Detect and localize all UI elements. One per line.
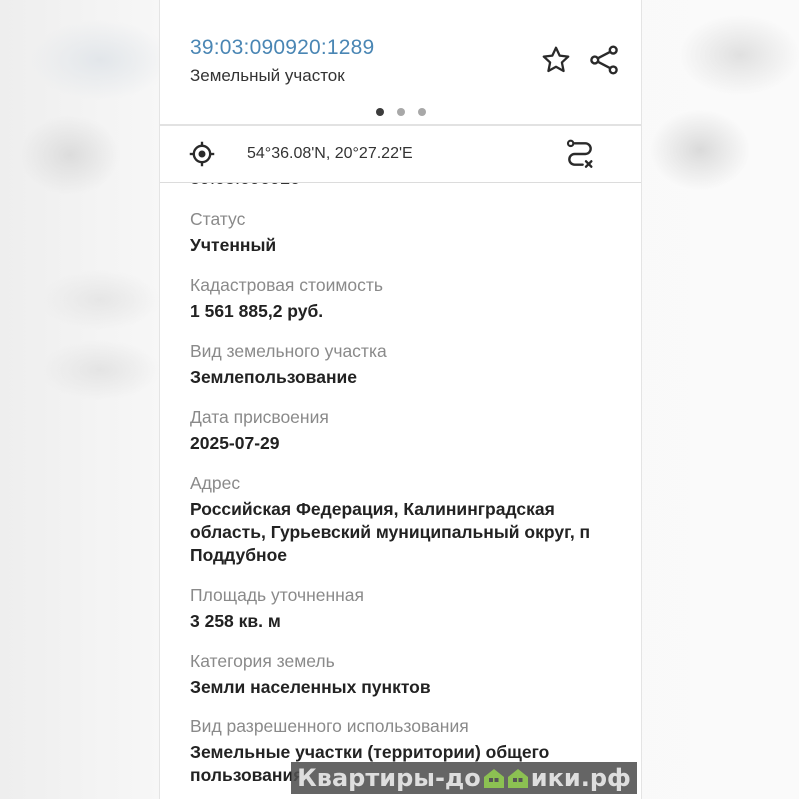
site-watermark: Квартиры-до ики.рф (291, 762, 637, 794)
field-label: Адрес (190, 472, 610, 494)
field-land-type: Вид земельного участка Землепользование (190, 340, 610, 389)
coordinates-bar: 54°36.08'N, 20°27.22'E (160, 124, 641, 183)
crosshair-location-icon[interactable] (188, 140, 216, 168)
field-address: Адрес Российская Федерация, Калининградс… (190, 472, 610, 567)
watermark-houses (482, 766, 530, 790)
route-clear-icon[interactable] (564, 138, 596, 170)
coordinates-text[interactable]: 54°36.08'N, 20°27.22'E (247, 145, 413, 163)
field-value: 1 561 885,2 руб. (190, 300, 610, 323)
field-label: Кадастровая стоимость (190, 274, 610, 296)
field-label: Дата присвоения (190, 406, 610, 428)
house-icon (506, 766, 530, 790)
star-outline-icon (540, 44, 572, 76)
field-value: Земли населенных пунктов (190, 676, 610, 699)
card-header: 39:03:090920:1289 Земельный участок (160, 0, 641, 124)
field-cadastral-value: Кадастровая стоимость 1 561 885,2 руб. (190, 274, 610, 323)
page-dot-3[interactable] (418, 108, 426, 116)
page-indicator[interactable] (160, 108, 641, 116)
property-card: 39:03:090920 Статус Учтенный Кадастровая… (159, 0, 642, 799)
share-icon (587, 43, 621, 77)
field-value: Землепользование (190, 366, 610, 389)
page-dot-1[interactable] (376, 108, 384, 116)
cadastral-number[interactable]: 39:03:090920:1289 (190, 36, 374, 60)
field-label: Вид земельного участка (190, 340, 610, 362)
field-area: Площадь уточненная 3 258 кв. м (190, 584, 610, 633)
field-land-category: Категория земель Земли населенных пункто… (190, 650, 610, 699)
field-assignment-date: Дата присвоения 2025-07-29 (190, 406, 610, 455)
field-value: 2025-07-29 (190, 432, 610, 455)
field-label: Вид разрешенного использования (190, 715, 610, 737)
field-value: Учтенный (190, 234, 610, 257)
field-value: Российская Федерация, Калининградская об… (190, 498, 610, 567)
share-button[interactable] (587, 43, 621, 77)
page-dot-2[interactable] (397, 108, 405, 116)
field-value: 3 258 кв. м (190, 610, 610, 633)
field-label: Категория земель (190, 650, 610, 672)
field-status: Статус Учтенный (190, 208, 610, 257)
object-type: Земельный участок (190, 66, 345, 86)
field-label: Статус (190, 208, 610, 230)
watermark-prefix: Квартиры-до (297, 764, 481, 792)
field-label: Площадь уточненная (190, 584, 610, 606)
favorite-button[interactable] (539, 43, 573, 77)
watermark-suffix: ики.рф (531, 764, 631, 792)
house-icon (482, 766, 506, 790)
